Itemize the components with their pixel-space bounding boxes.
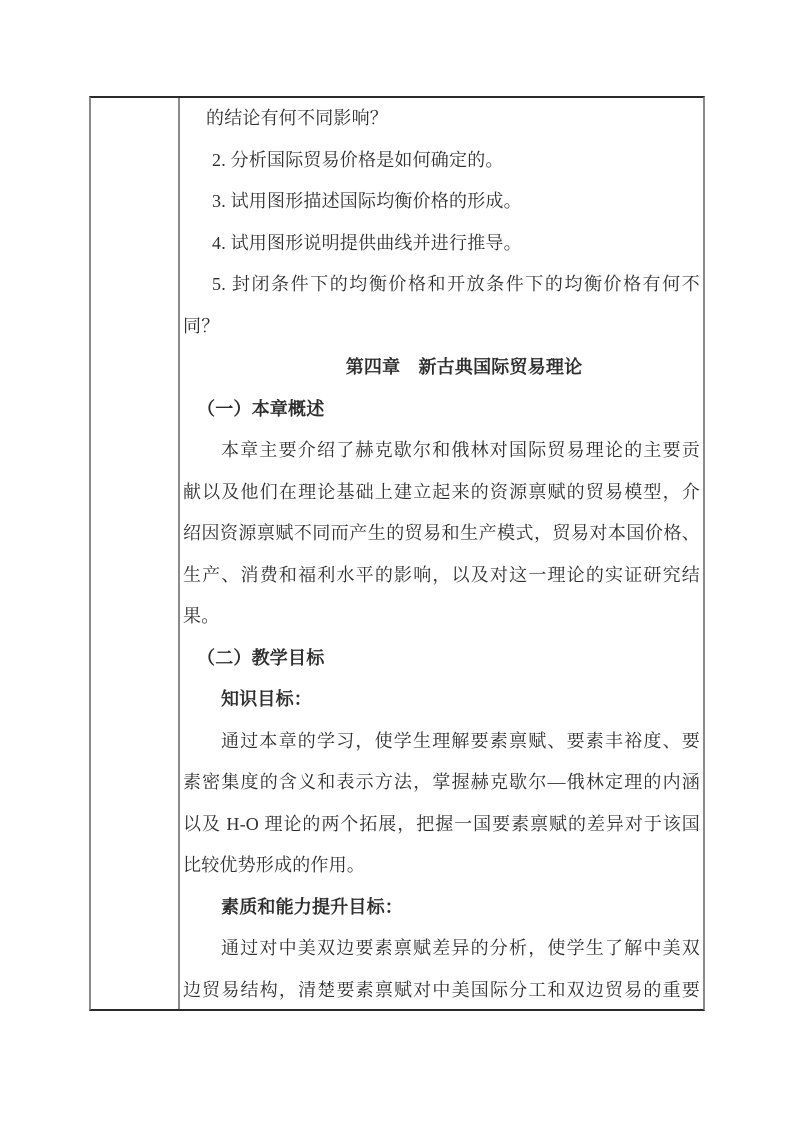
ability-goal-line: 通过对中美双边要素禀赋差异的分析，使学生了解中美双 — [183, 928, 700, 970]
table-left-label-cell — [91, 98, 180, 1009]
knowledge-goal-line: 比较优势形成的作用。 — [183, 845, 700, 887]
question-item-5-line-2: 同？ — [183, 306, 700, 348]
chapter-title: 第四章 新古典国际贸易理论 — [183, 347, 700, 389]
question-item-2: 2. 分析国际贸易价格是如何确定的。 — [183, 140, 700, 182]
section-heading-overview: （一）本章概述 — [183, 389, 700, 431]
section-heading-teaching-goals: （二）教学目标 — [183, 638, 700, 680]
document-page: 的结论有何不同影响？ 2. 分析国际贸易价格是如何确定的。 3. 试用图形描述国… — [0, 0, 794, 1123]
overview-paragraph-line: 生产、消费和福利水平的影响，以及对这一理论的实证研究结 — [183, 555, 700, 597]
overview-paragraph-line: 绍因资源禀赋不同而产生的贸易和生产模式，贸易对本国价格、 — [183, 513, 700, 555]
question-item-4: 4. 试用图形说明提供曲线并进行推导。 — [183, 223, 700, 265]
knowledge-goal-heading: 知识目标： — [183, 679, 700, 721]
question-item-3: 3. 试用图形描述国际均衡价格的形成。 — [183, 181, 700, 223]
syllabus-table: 的结论有何不同影响？ 2. 分析国际贸易价格是如何确定的。 3. 试用图形描述国… — [89, 96, 705, 1011]
table-content-cell: 的结论有何不同影响？ 2. 分析国际贸易价格是如何确定的。 3. 试用图形描述国… — [180, 98, 703, 1009]
ability-goal-line: 边贸易结构，清楚要素禀赋对中美国际分工和双边贸易的重要 — [183, 970, 700, 1010]
question-item-continuation: 的结论有何不同影响？ — [183, 98, 700, 140]
knowledge-goal-line: 素密集度的含义和表示方法，掌握赫克歇尔—俄林定理的内涵 — [183, 762, 700, 804]
knowledge-goal-line: 以及 H-O 理论的两个拓展，把握一国要素禀赋的差异对于该国 — [183, 804, 700, 846]
ability-goal-heading: 素质和能力提升目标： — [183, 887, 700, 929]
question-item-5-line-1: 5. 封闭条件下的均衡价格和开放条件下的均衡价格有何不 — [183, 264, 700, 306]
overview-paragraph-line: 献以及他们在理论基础上建立起来的资源禀赋的贸易模型，介 — [183, 472, 700, 514]
overview-paragraph-line: 果。 — [183, 596, 700, 638]
knowledge-goal-line: 通过本章的学习，使学生理解要素禀赋、要素丰裕度、要 — [183, 721, 700, 763]
overview-paragraph-line: 本章主要介绍了赫克歇尔和俄林对国际贸易理论的主要贡 — [183, 430, 700, 472]
